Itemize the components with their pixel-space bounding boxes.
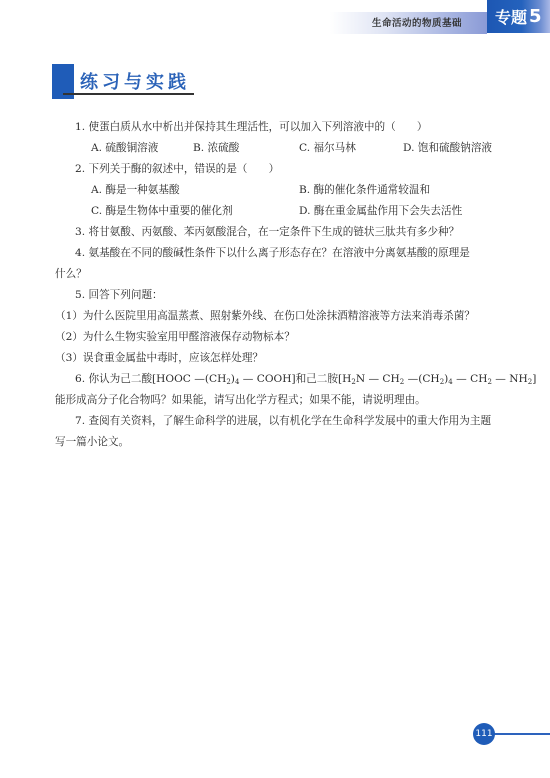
question-5-sub-3: （3）误食重金属盐中毒时，应该怎样处理？ (55, 351, 263, 365)
q6-text: 6. 你认为己二酸[HOOC —(CH (75, 373, 226, 385)
page-number: 111 (473, 723, 495, 745)
q6-text: ] (532, 373, 536, 385)
q6-text: — COOH]和己二胺[H (239, 373, 351, 385)
question-7-line-2: 写一篇小论文。 (55, 435, 129, 449)
q1-option-a: A. 硫酸铜溶液 (91, 141, 158, 155)
chapter-title: 生命活动的物质基础 (372, 15, 462, 29)
section-underline (63, 93, 194, 95)
question-2: 2. 下列关于酶的叙述中，错误的是（ ） (75, 162, 279, 176)
q1-option-b: B. 浓硫酸 (193, 141, 239, 155)
q2-option-a: A. 酶是一种氨基酸 (91, 183, 180, 197)
topic-badge: 专题5 (487, 0, 550, 33)
q1-option-c: C. 福尔马林 (299, 141, 356, 155)
question-7-line-1: 7. 查阅有关资料，了解生命科学的进展，以有机化学在生命科学发展中的重大作用为主… (75, 414, 491, 428)
topic-number: 5 (529, 6, 542, 27)
q2-option-b: B. 酶的催化条件通常较温和 (299, 183, 430, 197)
q6-text: — CH (453, 373, 488, 385)
q6-text: —(CH (404, 373, 439, 385)
question-1: 1. 使蛋白质从水中析出并保持其生理活性，可以加入下列溶液中的（ ） (75, 120, 427, 134)
q6-text: N — CH (356, 373, 400, 385)
q6-text: — NH (492, 373, 528, 385)
question-4-line-2: 什么？ (55, 267, 87, 281)
question-3: 3. 将甘氨酸、丙氨酸、苯丙氨酸混合，在一定条件下生成的链状三肽共有多少种？ (75, 225, 459, 239)
q2-option-c: C. 酶是生物体中重要的催化剂 (91, 204, 233, 218)
section-title: 练习与实践 (80, 68, 190, 94)
question-5-sub-1: （1）为什么医院里用高温蒸煮、照射紫外线、在伤口处涂抹酒精溶液等方法来消毒杀菌？ (55, 309, 475, 323)
question-6-line-1: 6. 你认为己二酸[HOOC —(CH2)4 — COOH]和己二胺[H2N —… (75, 372, 536, 389)
q2-option-d: D. 酶在重金属盐作用下会失去活性 (299, 204, 462, 218)
question-5-sub-2: （2）为什么生物实验室用甲醛溶液保存动物标本？ (55, 330, 295, 344)
q1-option-d: D. 饱和硫酸钠溶液 (403, 141, 492, 155)
topic-label: 专题 (495, 5, 527, 28)
question-4-line-1: 4. 氨基酸在不同的酸碱性条件下以什么离子形态存在？在溶液中分离氨基酸的原理是 (75, 246, 470, 260)
question-6-line-2: 能形成高分子化合物吗？如果能，请写出化学方程式；如果不能，请说明理由。 (55, 393, 426, 407)
question-5: 5. 回答下列问题： (75, 288, 163, 302)
